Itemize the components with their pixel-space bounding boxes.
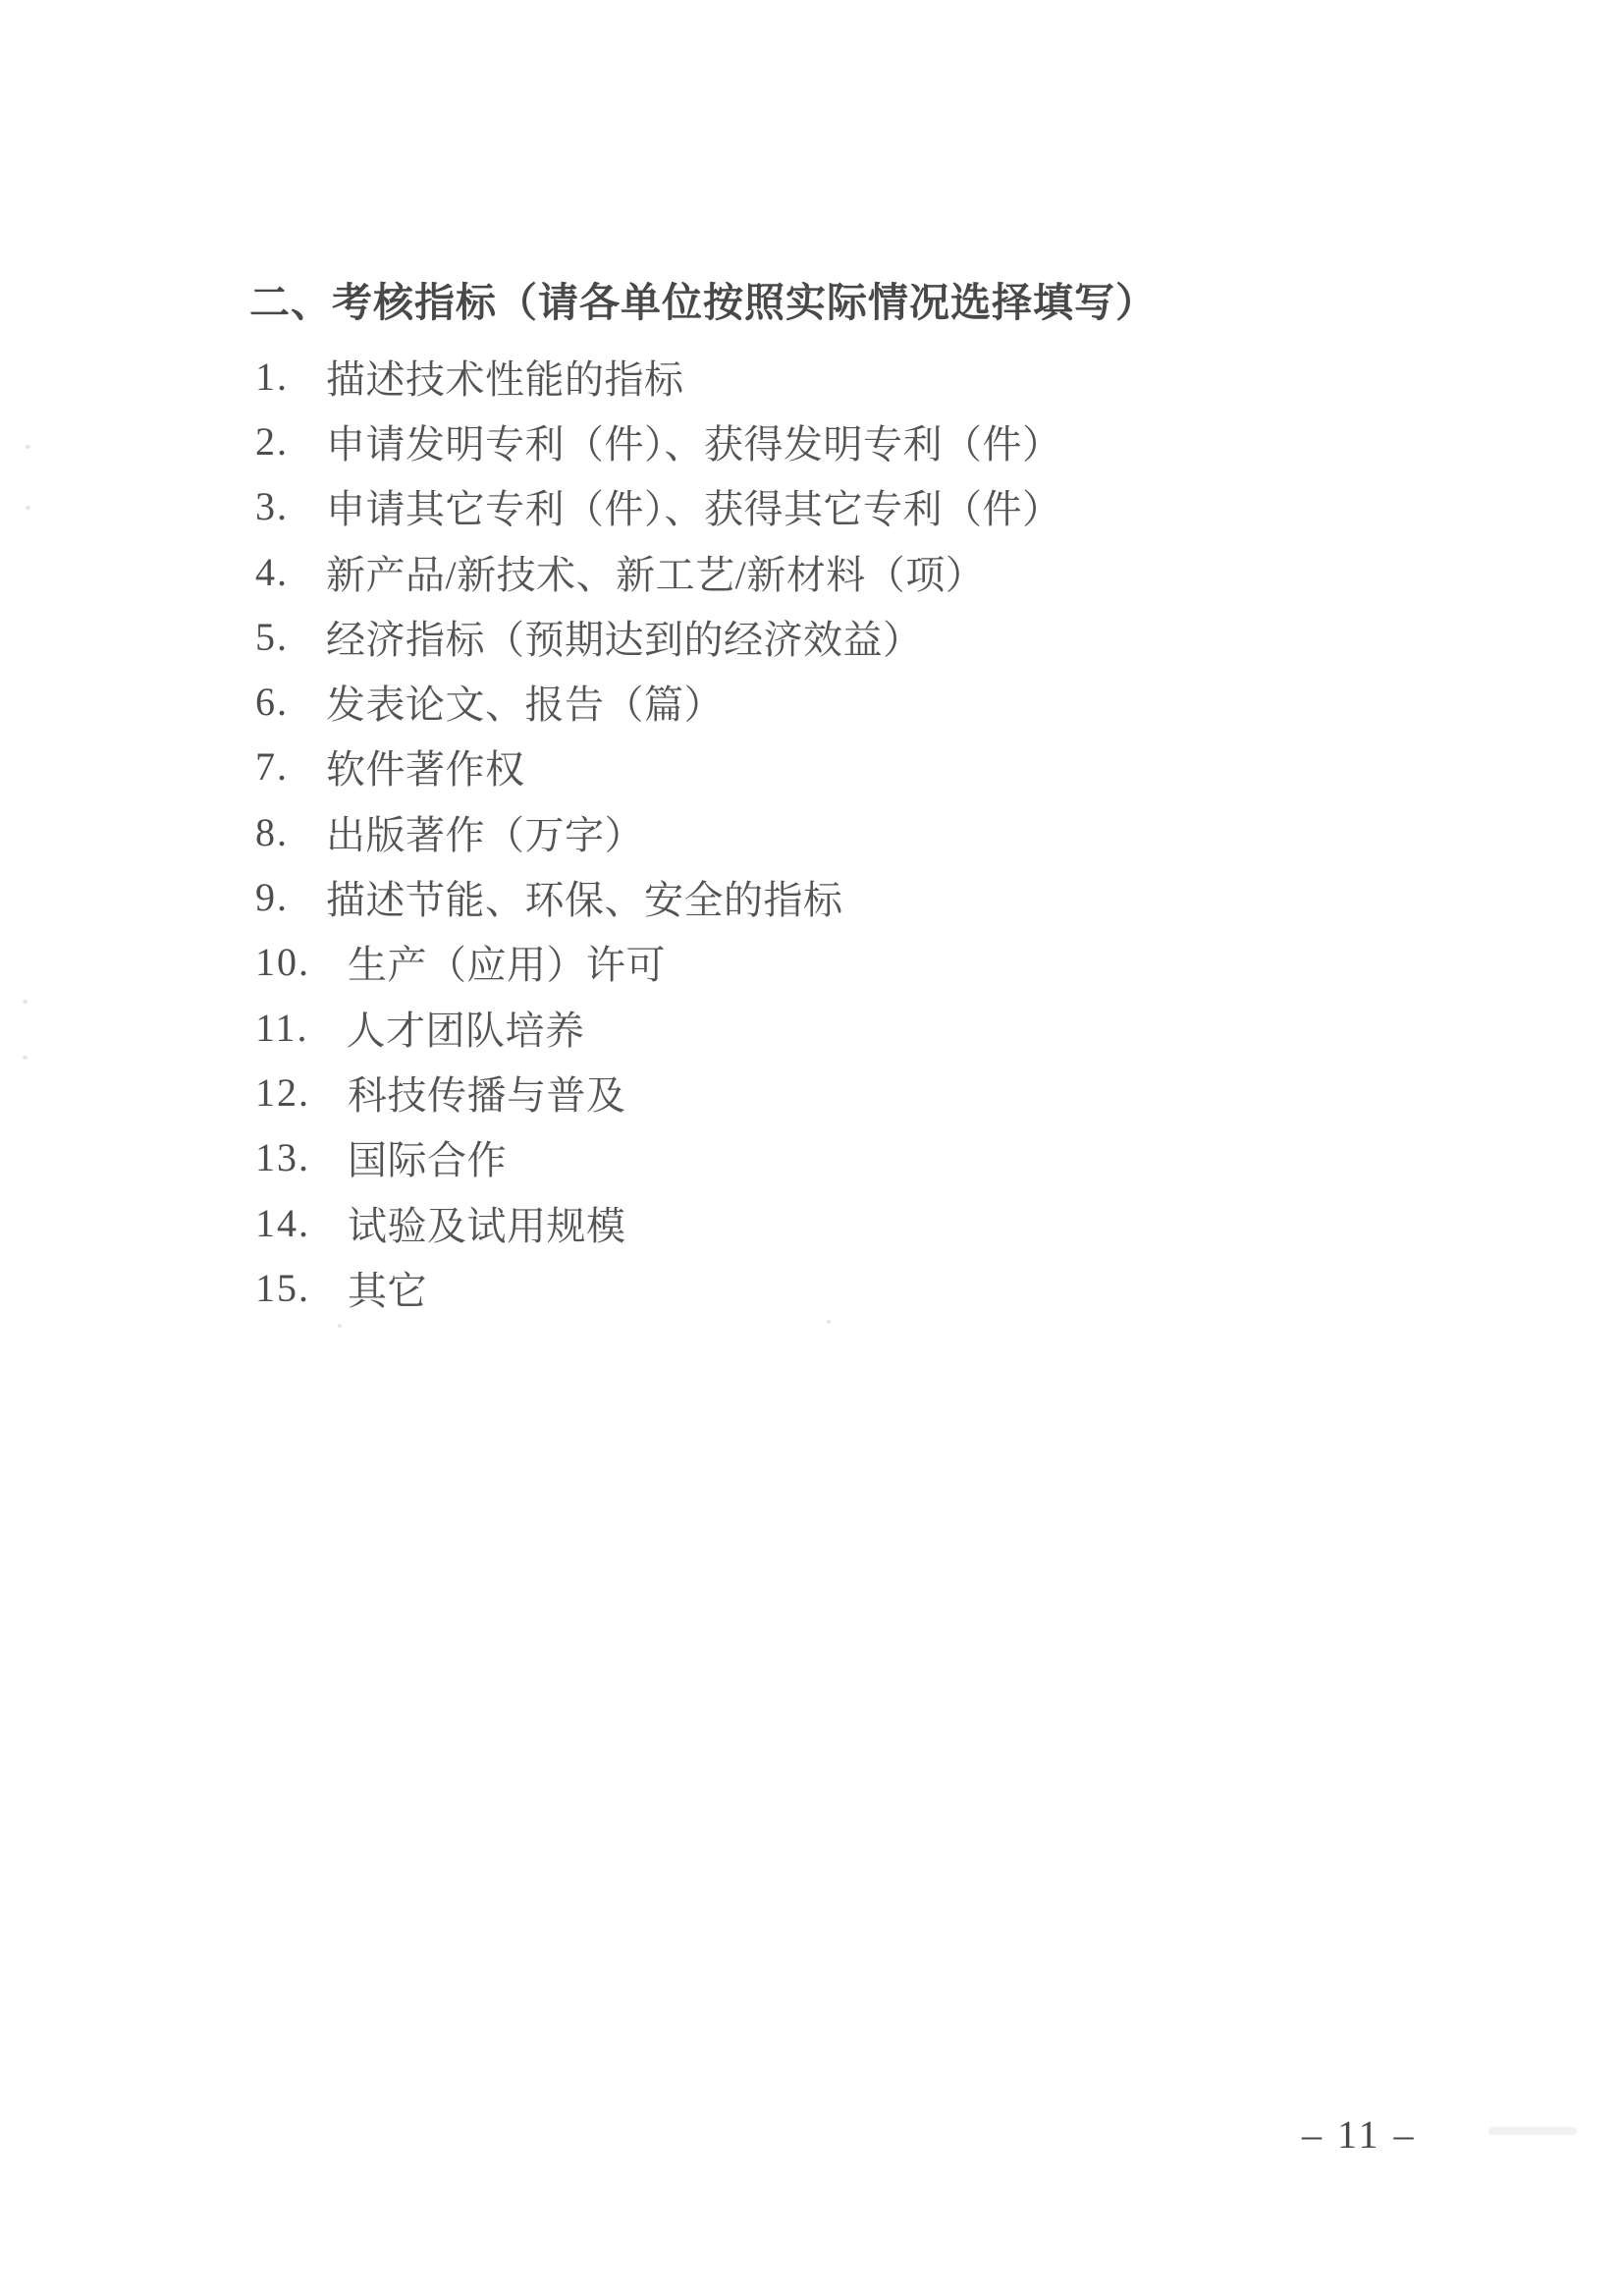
list-item: 11.人才团队培养 — [255, 995, 1062, 1060]
list-item-number: 5. — [255, 614, 289, 660]
scan-speck — [26, 445, 30, 449]
list-item-text: 发表论文、报告（篇） — [326, 674, 724, 730]
scan-speck — [23, 1056, 27, 1060]
list-item: 13.国际合作 — [255, 1125, 1062, 1190]
list-item-number: 9. — [255, 874, 289, 920]
list-item-text: 出版著作（万字） — [326, 804, 644, 860]
list-item-number: 7. — [255, 743, 289, 790]
document-page: 二、考核指标（请各单位按照实际情况选择填写） 1.描述技术性能的指标2.申请发明… — [0, 0, 1623, 2296]
list-item: 8.出版著作（万字） — [255, 799, 1062, 864]
scan-speck — [338, 1324, 342, 1328]
list-item-text: 人才团队培养 — [347, 1000, 585, 1056]
list-item-number: 2. — [255, 418, 289, 465]
list-item-text: 经济指标（预期达到的经济效益） — [326, 609, 923, 665]
list-item-text: 试验及试用规模 — [348, 1195, 626, 1251]
list-item-number: 15. — [255, 1265, 310, 1311]
section-heading: 二、考核指标（请各单位按照实际情况选择填写） — [249, 281, 1157, 325]
list-item-number: 1. — [255, 354, 289, 400]
list-item: 10.生产（应用）许可 — [255, 930, 1062, 995]
list-item-text: 新产品/新技术、新工艺/新材料（项） — [326, 544, 985, 600]
scan-smudge — [1488, 2127, 1577, 2135]
list-item: 1.描述技术性能的指标 — [255, 344, 1062, 409]
list-item-text: 申请发明专利（件）、获得发明专利（件） — [326, 413, 1062, 469]
list-item: 5.经济指标（预期达到的经济效益） — [255, 604, 1062, 669]
list-item-number: 3. — [255, 483, 289, 529]
list-item: 4.新产品/新技术、新工艺/新材料（项） — [255, 539, 1062, 604]
list-item-text: 软件著作权 — [326, 738, 525, 794]
list-item: 6.发表论文、报告（篇） — [255, 669, 1062, 734]
scan-speck — [827, 1320, 831, 1324]
list-item: 15.其它 — [255, 1255, 1062, 1320]
list-item: 14.试验及试用规模 — [255, 1190, 1062, 1255]
list-item-number: 10. — [255, 939, 310, 985]
list-item-number: 13. — [255, 1134, 310, 1180]
list-item: 3.申请其它专利（件）、获得其它专利（件） — [255, 474, 1062, 539]
list-item: 2.申请发明专利（件）、获得发明专利（件） — [255, 409, 1062, 473]
list-item-text: 其它 — [348, 1260, 427, 1316]
indicator-list: 1.描述技术性能的指标2.申请发明专利（件）、获得发明专利（件）3.申请其它专利… — [255, 344, 1062, 1320]
scan-speck — [26, 506, 30, 510]
list-item-number: 4. — [255, 549, 289, 595]
list-item-number: 11. — [255, 1005, 309, 1051]
list-item: 7.软件著作权 — [255, 735, 1062, 799]
list-item-number: 8. — [255, 809, 289, 855]
list-item-text: 申请其它专利（件）、获得其它专利（件） — [326, 478, 1062, 534]
page-number: – 11 – — [1302, 2111, 1417, 2158]
list-item: 12.科技传播与普及 — [255, 1060, 1062, 1124]
scan-speck — [23, 1000, 27, 1004]
list-item-text: 生产（应用）许可 — [348, 934, 666, 990]
list-item: 9.描述节能、环保、安全的指标 — [255, 864, 1062, 929]
list-item-text: 国际合作 — [348, 1129, 507, 1185]
list-item-text: 描述节能、环保、安全的指标 — [326, 869, 843, 925]
list-item-text: 科技传播与普及 — [348, 1065, 626, 1121]
list-item-number: 14. — [255, 1200, 310, 1246]
list-item-number: 12. — [255, 1069, 310, 1116]
list-item-text: 描述技术性能的指标 — [326, 349, 684, 405]
list-item-number: 6. — [255, 679, 289, 725]
